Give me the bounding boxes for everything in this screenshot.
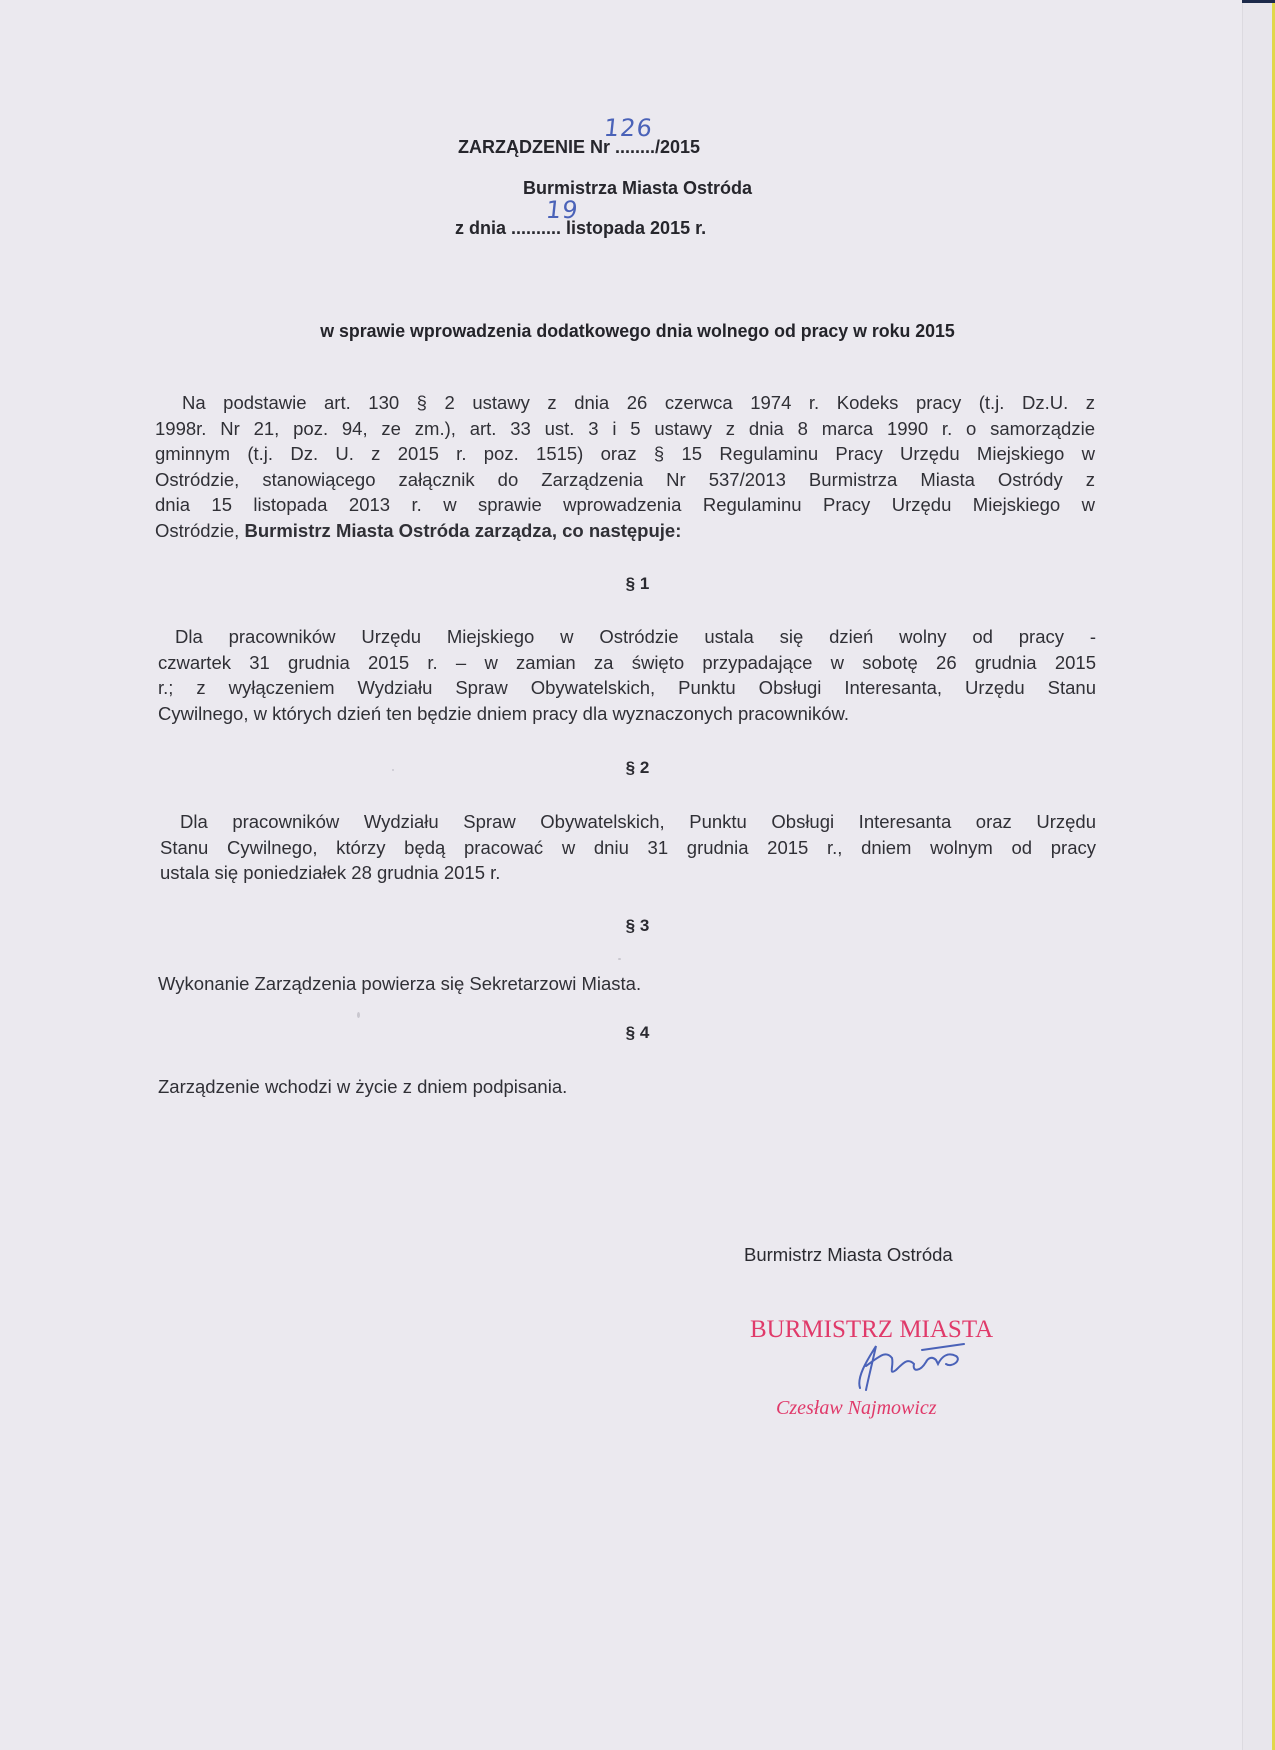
section-1-line: czwartek 31 grudnia 2015 r. – w zamian z… — [158, 650, 1096, 676]
section-2-line: ustala się poniedziałek 28 grudnia 2015 … — [160, 860, 1096, 886]
section-1-line: r.; z wyłączeniem Wydziału Spraw Obywate… — [158, 675, 1096, 701]
handwritten-day: 19 — [545, 196, 580, 224]
section-4-mark: § 4 — [0, 1023, 1275, 1043]
scan-speck — [392, 769, 394, 771]
preamble-closing-line: Ostródzie, Burmistrz Miasta Ostróda zarz… — [155, 518, 1095, 544]
section-3-text: Wykonanie Zarządzenia powierza się Sekre… — [158, 973, 641, 995]
stamp-name: Czesław Najmowicz — [776, 1397, 937, 1420]
preamble-line: gminnym (t.j. Dz. U. z 2015 r. poz. 1515… — [155, 441, 1095, 467]
scan-speck — [618, 958, 621, 960]
date-suffix: listopada 2015 r. — [561, 218, 706, 238]
handwritten-ordinance-number: 126 — [603, 114, 655, 142]
scan-speck — [357, 1012, 360, 1018]
subject-line: w sprawie wprowadzenia dodatkowego dnia … — [26, 320, 1250, 342]
section-4-text: Zarządzenie wchodzi w życie z dniem podp… — [158, 1076, 567, 1098]
section-2-line: Stanu Cywilnego, którzy będą pracować w … — [160, 835, 1096, 861]
scan-corner-mark — [1242, 0, 1275, 3]
preamble-line: dnia 15 listopada 2013 r. w sprawie wpro… — [155, 492, 1095, 518]
ordinance-title: ZARZĄDZENIE Nr ......../2015 — [458, 137, 700, 158]
scan-edge-strip — [1242, 0, 1273, 1750]
ordinance-title-prefix: ZARZĄDZENIE Nr — [458, 137, 615, 157]
preamble-closing-bold: Burmistrz Miasta Ostróda zarządza, co na… — [244, 520, 681, 541]
section-2-line: Dla pracowników Wydziału Spraw Obywatels… — [160, 809, 1096, 835]
signatory-title: Burmistrz Miasta Ostróda — [744, 1244, 953, 1266]
section-1-line: Dla pracowników Urzędu Miejskiego w Ostr… — [158, 624, 1096, 650]
date-line: z dnia .......... listopada 2015 r. — [455, 218, 706, 239]
date-prefix: z dnia — [455, 218, 511, 238]
handwritten-signature-icon — [852, 1336, 982, 1396]
section-1-line: Cywilnego, w których dzień ten będzie dn… — [158, 701, 1096, 727]
preamble-closing-plain: Ostródzie, — [155, 520, 244, 541]
preamble-paragraph: Na podstawie art. 130 § 2 ustawy z dnia … — [155, 390, 1095, 543]
section-1-mark: § 1 — [0, 574, 1275, 594]
preamble-line: Na podstawie art. 130 § 2 ustawy z dnia … — [155, 390, 1095, 416]
preamble-line: 1998r. Nr 21, poz. 94, ze zm.), art. 33 … — [155, 416, 1095, 442]
section-1-paragraph: Dla pracowników Urzędu Miejskiego w Ostr… — [158, 624, 1096, 726]
ordinance-year: /2015 — [655, 137, 700, 157]
section-2-mark: § 2 — [0, 758, 1275, 778]
issuer-line: Burmistrza Miasta Ostróda — [0, 178, 1275, 199]
section-3-mark: § 3 — [0, 916, 1275, 936]
preamble-line: Ostródzie, stanowiącego załącznik do Zar… — [155, 467, 1095, 493]
section-2-paragraph: Dla pracowników Wydziału Spraw Obywatels… — [160, 809, 1096, 886]
